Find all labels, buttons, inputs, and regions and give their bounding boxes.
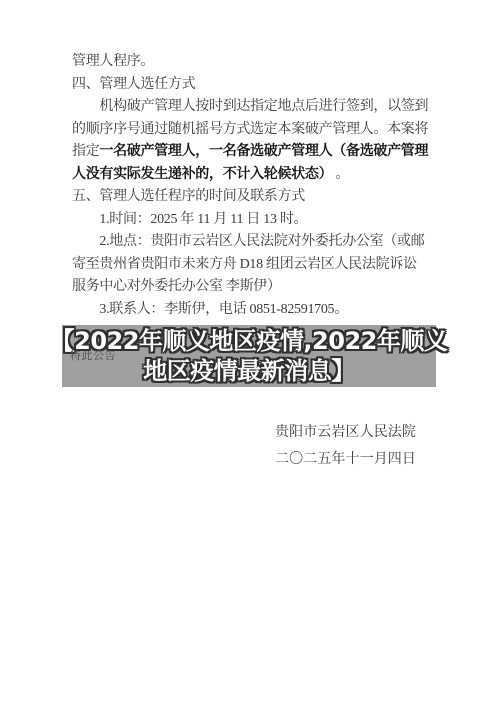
text-segment: 寄至贵州省贵阳市未来方舟 D18 组团云岩区人民法院诉讼	[72, 257, 417, 272]
text-segment: 。	[332, 167, 349, 182]
document-line: 机构破产管理人按时到达指定地点后进行签到，以签到	[72, 96, 432, 119]
notice-text: 特此公告	[70, 349, 116, 363]
overlay-banner: 【2022年顺义地区疫情,2022年顺义 地区疫情最新消息】	[62, 325, 436, 387]
text-segment: 1.时间：2025 年 11 月 11 日 13 时。	[72, 212, 307, 227]
signature-date: 二〇二五年十一月四日	[275, 446, 416, 473]
text-segment: 指定	[72, 144, 99, 159]
text-segment: 的顺序序号通过随机摇号方式选定本案破产管理人。本案将	[72, 122, 428, 137]
text-segment: 2.地点：贵阳市云岩区人民法院对外委托办公室（或邮	[72, 234, 424, 249]
text-segment: 一名破产管理人，一名备选破产管理人（备选破产管理	[99, 144, 428, 159]
document-line: 1.时间：2025 年 11 月 11 日 13 时。	[72, 209, 432, 232]
signature-block: 贵阳市云岩区人民法院 二〇二五年十一月四日	[275, 419, 416, 473]
document-line: 2.地点：贵阳市云岩区人民法院对外委托办公室（或邮	[72, 231, 432, 254]
text-segment: 人没有实际发生递补的，不计入轮候状态）	[72, 167, 332, 182]
document-line: 寄至贵州省贵阳市未来方舟 D18 组团云岩区人民法院诉讼	[72, 254, 432, 277]
text-segment: 服务中心对外委托办公室 李斯伊）	[72, 279, 281, 294]
document-body: 管理人程序。四、管理人选任方式 机构破产管理人按时到达指定地点后进行签到，以签到…	[72, 51, 432, 321]
document-line: 管理人程序。	[72, 51, 432, 74]
document-line: 指定一名破产管理人，一名备选破产管理人（备选破产管理	[72, 141, 432, 164]
text-segment: 3.联系人：李斯伊，电话 0851-82591705。	[72, 302, 348, 317]
document-line: 四、管理人选任方式	[72, 74, 432, 97]
overlay-title-line2: 地区疫情最新消息】	[143, 356, 355, 386]
signature-court: 贵阳市云岩区人民法院	[275, 419, 416, 446]
document-line: 的顺序序号通过随机摇号方式选定本案破产管理人。本案将	[72, 119, 432, 142]
document-line: 人没有实际发生递补的，不计入轮候状态） 。	[72, 164, 432, 187]
text-segment: 机构破产管理人按时到达指定地点后进行签到，以签到	[72, 99, 428, 114]
text-segment: 管理人程序。	[72, 54, 154, 69]
document-line: 五、管理人选任程序的时间及联系方式	[72, 186, 432, 209]
document-line: 服务中心对外委托办公室 李斯伊）	[72, 276, 432, 299]
document-page: 管理人程序。四、管理人选任方式 机构破产管理人按时到达指定地点后进行签到，以签到…	[0, 0, 500, 706]
text-segment: 四、管理人选任方式	[72, 77, 195, 92]
text-segment: 五、管理人选任程序的时间及联系方式	[72, 189, 305, 204]
document-line: 3.联系人：李斯伊，电话 0851-82591705。	[72, 299, 432, 322]
